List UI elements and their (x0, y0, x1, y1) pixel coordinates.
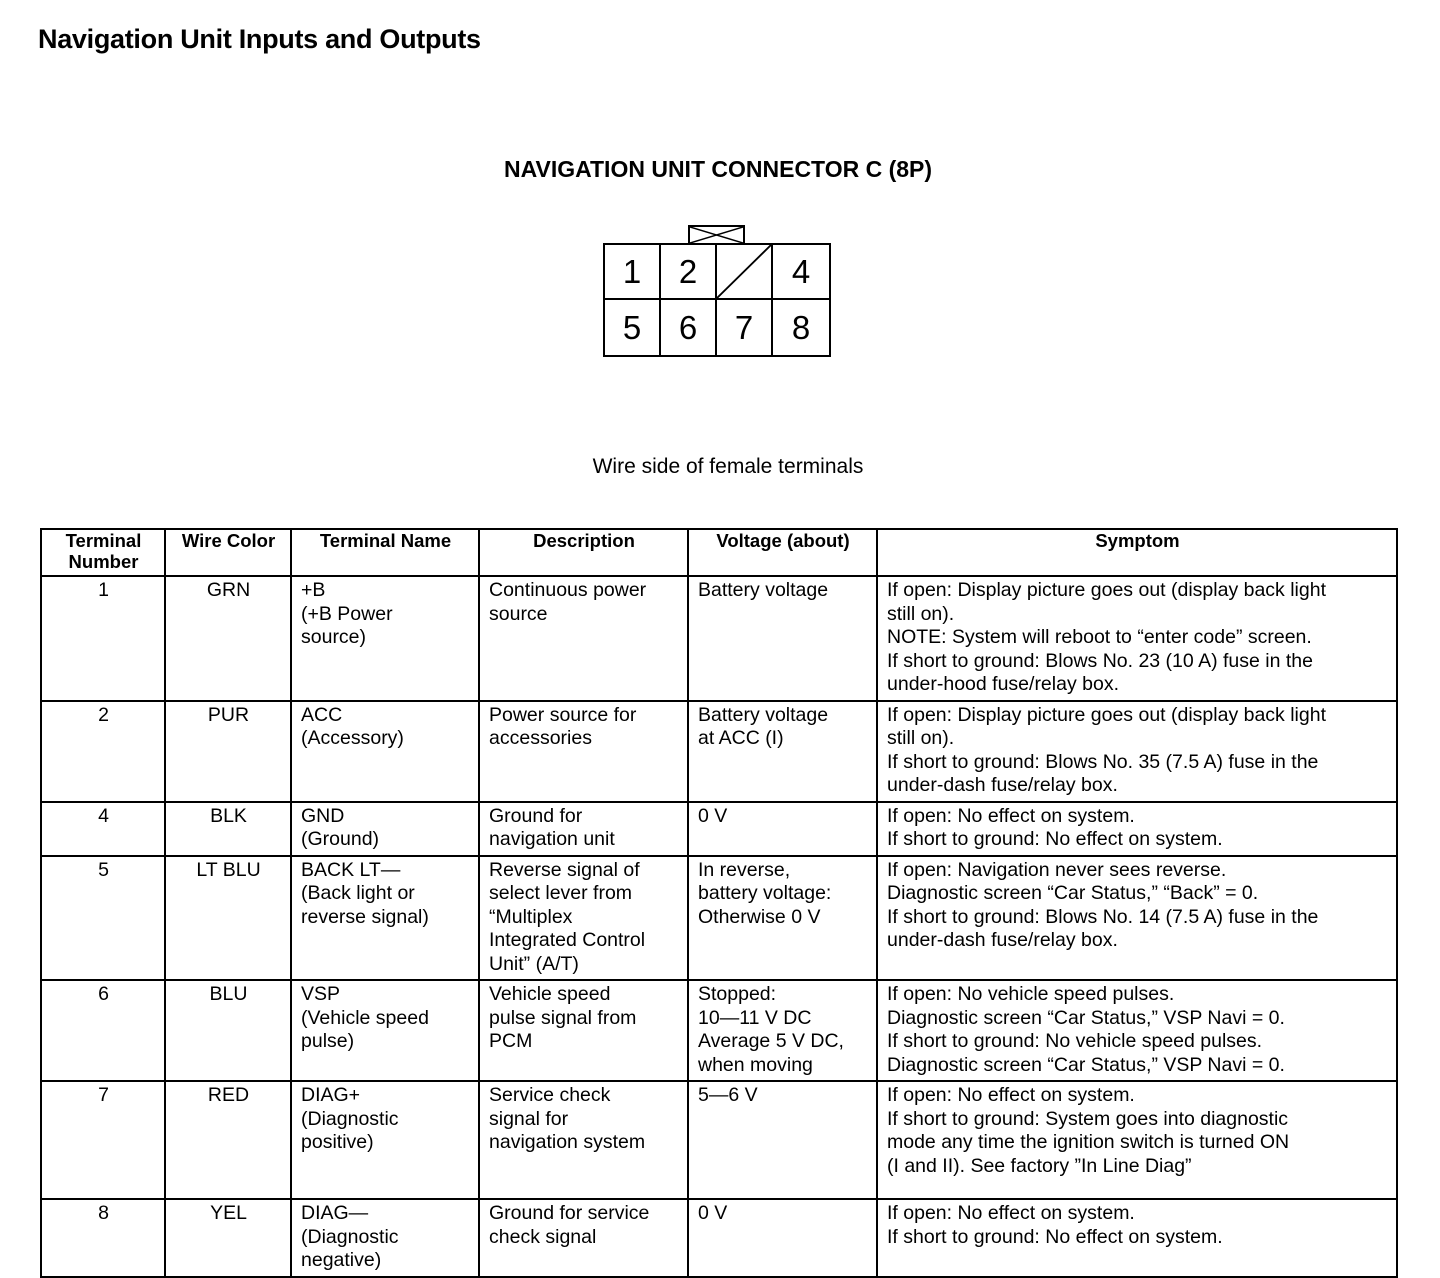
description-cell: Ground for servicecheck signal (479, 1199, 688, 1277)
wire-color-cell: YEL (165, 1199, 291, 1277)
header-terminal-number: Terminal Number (41, 529, 165, 576)
symptom-cell: If open: No effect on system.If short to… (877, 1199, 1397, 1277)
voltage-cell: 0 V (688, 802, 877, 856)
table-row: 2PURACC(Accessory)Power source foraccess… (41, 701, 1397, 802)
description-cell: Power source foraccessories (479, 701, 688, 802)
symptom-cell: If open: No effect on system.If short to… (877, 1081, 1397, 1199)
header-wire-color: Wire Color (165, 529, 291, 576)
description-cell: Ground fornavigation unit (479, 802, 688, 856)
connector-pin-grid: 1245678 (603, 243, 831, 357)
wire-color-cell: BLK (165, 802, 291, 856)
io-table: Terminal Number Wire Color Terminal Name… (40, 528, 1398, 1278)
symptom-cell: If open: Display picture goes out (displ… (877, 701, 1397, 802)
connector-pin: 6 (661, 300, 717, 355)
symptom-cell: If open: No vehicle speed pulses.Diagnos… (877, 980, 1397, 1081)
page-title: Navigation Unit Inputs and Outputs (38, 24, 481, 55)
connector-pin: 7 (717, 300, 773, 355)
terminal-name-cell: GND(Ground) (291, 802, 479, 856)
wire-color-cell: RED (165, 1081, 291, 1199)
terminal-number-cell: 7 (41, 1081, 165, 1199)
table-row: 7REDDIAG+(Diagnosticpositive)Service che… (41, 1081, 1397, 1199)
wire-color-cell: BLU (165, 980, 291, 1081)
table-row: 1GRN+B(+B Powersource)Continuous powerso… (41, 576, 1397, 701)
table-row: 6BLUVSP(Vehicle speedpulse)Vehicle speed… (41, 980, 1397, 1081)
description-cell: Vehicle speedpulse signal fromPCM (479, 980, 688, 1081)
wire-color-cell: GRN (165, 576, 291, 701)
connector-pin: 2 (661, 245, 717, 300)
terminal-name-cell: DIAG+(Diagnosticpositive) (291, 1081, 479, 1199)
table-row: 5LT BLUBACK LT—(Back light orreverse sig… (41, 856, 1397, 981)
symptom-cell: If open: No effect on system.If short to… (877, 802, 1397, 856)
connector-pin-empty (717, 245, 773, 300)
table-row: 8YELDIAG—(Diagnosticnegative)Ground for … (41, 1199, 1397, 1277)
terminal-number-cell: 4 (41, 802, 165, 856)
voltage-cell: Stopped:10—11 V DCAverage 5 V DC,when mo… (688, 980, 877, 1081)
description-cell: Service checksignal fornavigation system (479, 1081, 688, 1199)
connector-pin: 5 (605, 300, 661, 355)
wire-color-cell: PUR (165, 701, 291, 802)
connector-caption: Wire side of female terminals (0, 455, 1440, 479)
terminal-name-cell: VSP(Vehicle speedpulse) (291, 980, 479, 1081)
terminal-name-cell: BACK LT—(Back light orreverse signal) (291, 856, 479, 981)
wire-color-cell: LT BLU (165, 856, 291, 981)
header-symptom: Symptom (877, 529, 1397, 576)
connector-pin: 1 (605, 245, 661, 300)
terminal-name-cell: ACC(Accessory) (291, 701, 479, 802)
terminal-number-cell: 1 (41, 576, 165, 701)
connector-pin: 4 (773, 245, 829, 300)
connector-pin: 8 (773, 300, 829, 355)
header-voltage: Voltage (about) (688, 529, 877, 576)
description-cell: Continuous powersource (479, 576, 688, 701)
empty-cavity-slash-icon (717, 245, 771, 298)
terminal-name-cell: +B(+B Powersource) (291, 576, 479, 701)
voltage-cell: 5—6 V (688, 1081, 877, 1199)
terminal-name-cell: DIAG—(Diagnosticnegative) (291, 1199, 479, 1277)
voltage-cell: Battery voltage (688, 576, 877, 701)
symptom-cell: If open: Navigation never sees reverse.D… (877, 856, 1397, 981)
latch-x-icon (688, 225, 745, 243)
connector-diagram: 1245678 (603, 225, 831, 357)
terminal-number-cell: 5 (41, 856, 165, 981)
terminal-number-cell: 6 (41, 980, 165, 1081)
terminal-number-cell: 8 (41, 1199, 165, 1277)
table-row: 4BLKGND(Ground)Ground fornavigation unit… (41, 802, 1397, 856)
connector-title: NAVIGATION UNIT CONNECTOR C (8P) (0, 156, 1436, 183)
voltage-cell: In reverse,battery voltage:Otherwise 0 V (688, 856, 877, 981)
symptom-cell: If open: Display picture goes out (displ… (877, 576, 1397, 701)
voltage-cell: Battery voltageat ACC (I) (688, 701, 877, 802)
terminal-number-cell: 2 (41, 701, 165, 802)
header-terminal-name: Terminal Name (291, 529, 479, 576)
voltage-cell: 0 V (688, 1199, 877, 1277)
table-header-row: Terminal Number Wire Color Terminal Name… (41, 529, 1397, 576)
description-cell: Reverse signal ofselect lever from“Multi… (479, 856, 688, 981)
header-description: Description (479, 529, 688, 576)
